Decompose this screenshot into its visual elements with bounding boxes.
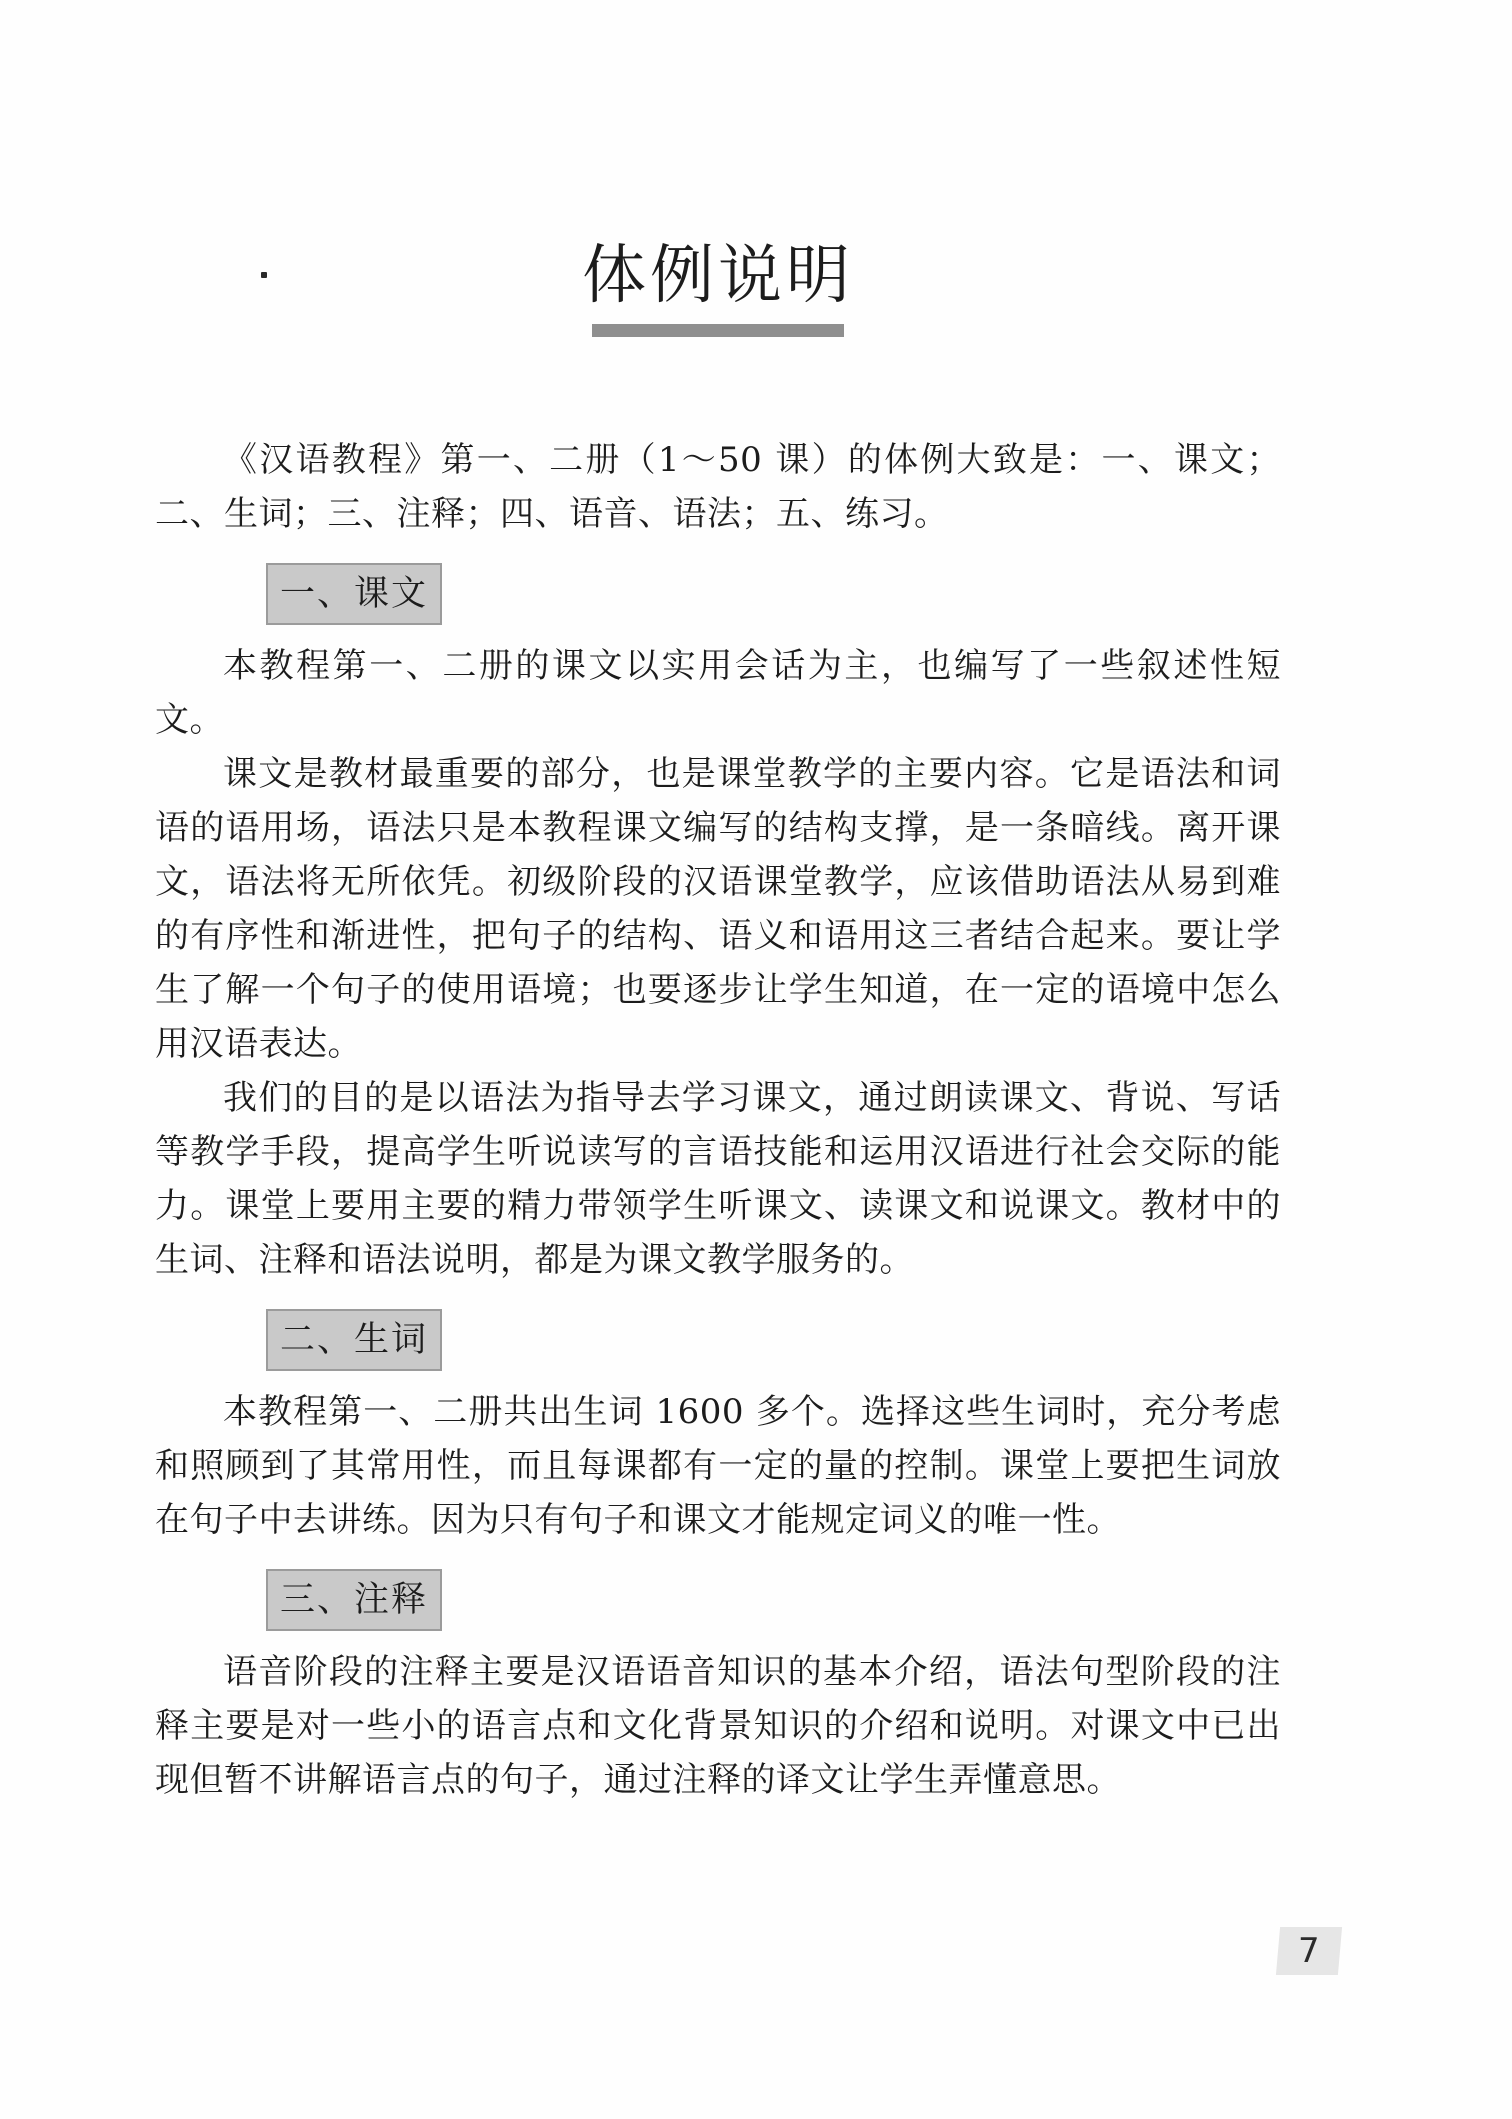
section-paragraph: 课文是教材最重要的部分，也是课堂教学的主要内容。它是语法和词语的语用场，语法只是…	[155, 747, 1281, 1071]
section-zhushi: 三、注释 语音阶段的注释主要是汉语语音知识的基本介绍，语法句型阶段的注释主要是对…	[155, 1547, 1281, 1807]
page-number-badge: 7	[1276, 1927, 1342, 1975]
page-number: 7	[1298, 1931, 1320, 1971]
section-paragraph: 语音阶段的注释主要是汉语语音知识的基本介绍，语法句型阶段的注释主要是对一些小的语…	[155, 1645, 1281, 1807]
section-paragraph: 我们的目的是以语法为指导去学习课文，通过朗读课文、背说、写话等教学手段，提高学生…	[155, 1071, 1281, 1287]
section-shengci: 二、生词 本教程第一、二册共出生词 1600 多个。选择这些生词时，充分考虑和照…	[155, 1287, 1281, 1547]
section-heading-label: 一、课文	[280, 574, 428, 614]
section-paragraph: 本教程第一、二册的课文以实用会话为主，也编写了一些叙述性短文。	[155, 639, 1281, 747]
section-heading-label: 三、注释	[280, 1580, 428, 1620]
section-kewen: 一、课文 本教程第一、二册的课文以实用会话为主，也编写了一些叙述性短文。 课文是…	[155, 541, 1281, 1287]
book-page: 体例说明 《汉语教程》第一、二册（1～50 课）的体例大致是：一、课文；二、生词…	[0, 0, 1512, 2119]
page-content: 《汉语教程》第一、二册（1～50 课）的体例大致是：一、课文；二、生词；三、注释…	[155, 433, 1281, 1807]
section-heading-box-shengci: 二、生词	[266, 1309, 442, 1371]
section-heading-box-zhushi: 三、注释	[266, 1569, 442, 1631]
title-underline-rule	[592, 324, 844, 337]
section-heading-box-kewen: 一、课文	[266, 563, 442, 625]
section-paragraph: 本教程第一、二册共出生词 1600 多个。选择这些生词时，充分考虑和照顾到了其常…	[155, 1385, 1281, 1547]
section-heading-label: 二、生词	[280, 1320, 428, 1360]
page-title: 体例说明	[155, 238, 1281, 314]
title-block: 体例说明	[155, 238, 1281, 337]
intro-paragraph: 《汉语教程》第一、二册（1～50 课）的体例大致是：一、课文；二、生词；三、注释…	[155, 433, 1281, 541]
